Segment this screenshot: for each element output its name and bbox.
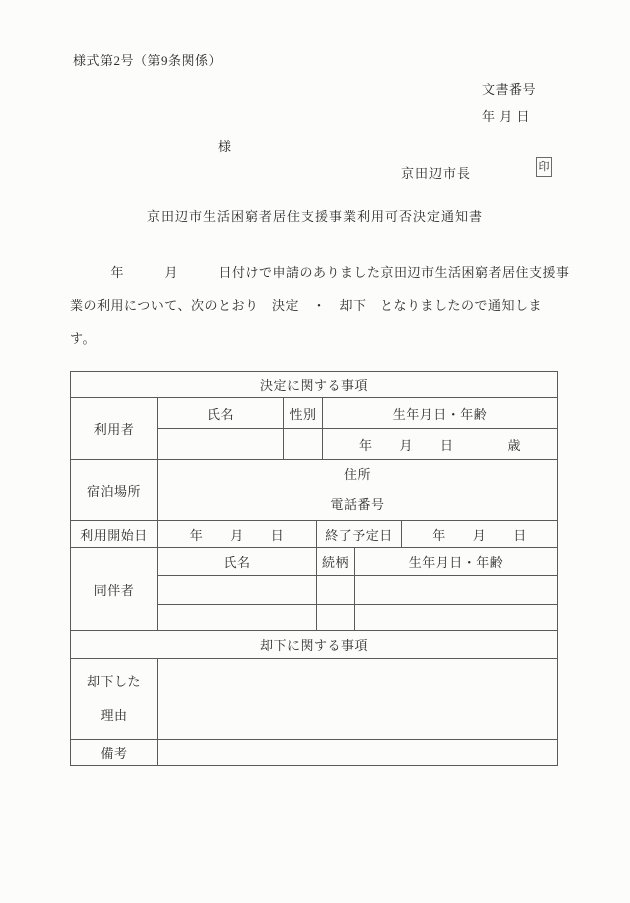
decision-form-table: 決定に関する事項 利用者 氏名 性別 生年月日・年齢 年 月 日 歳 宿泊場所 … xyxy=(70,371,558,766)
document-page: 様式第2号（第9条関係） 文書番号 年 月 日 様 京田辺市長 印 京田辺市生活… xyxy=(0,0,630,903)
rejection-reason-line-1: 却下した xyxy=(71,665,157,699)
address-label: 住所 xyxy=(158,460,557,490)
mayor-title: 京田辺市長 xyxy=(401,163,471,182)
companion-name-blank-cell-2 xyxy=(158,605,317,631)
user-label-cell: 利用者 xyxy=(71,398,158,460)
relation-blank-cell-2 xyxy=(317,605,355,631)
document-number-label: 文書番号 xyxy=(482,79,536,98)
end-date-blank-cell: 年 月 日 xyxy=(402,521,558,548)
birth-age-blank-cell: 年 月 日 歳 xyxy=(323,429,558,460)
form-number: 様式第2号（第9条関係） xyxy=(73,50,222,69)
companion-birth-header-cell: 生年月日・年齢 xyxy=(355,548,558,576)
lodging-detail-cell: 住所電話番号 xyxy=(158,460,558,521)
section-header-rejection: 却下に関する事項 xyxy=(71,631,558,659)
lodging-label-cell: 宿泊場所 xyxy=(71,460,158,521)
companion-name-header-cell: 氏名 xyxy=(158,548,317,576)
remarks-label-cell: 備考 xyxy=(71,740,158,766)
end-date-label-cell: 終了予定日 xyxy=(317,521,402,548)
gender-header-cell: 性別 xyxy=(284,398,323,429)
addressee-honorific: 様 xyxy=(218,136,232,155)
gender-blank-cell xyxy=(284,429,323,460)
name-blank-cell xyxy=(158,429,284,460)
body-line-3: す。 xyxy=(70,322,570,355)
seal-stamp-box: 印 xyxy=(536,157,552,177)
rejection-reason-line-2: 理由 xyxy=(71,699,157,733)
relation-blank-cell xyxy=(317,576,355,605)
start-date-blank-cell: 年 月 日 xyxy=(158,521,317,548)
start-date-label-cell: 利用開始日 xyxy=(71,521,158,548)
companion-birth-blank-cell xyxy=(355,576,558,605)
remarks-blank-cell xyxy=(158,740,558,766)
body-paragraph: 年 月 日付けで申請のありました京田辺市生活困窮者居住支援事 業の利用について、… xyxy=(70,256,570,355)
birth-age-header-cell: 生年月日・年齢 xyxy=(323,398,558,429)
body-line-1: 年 月 日付けで申請のありました京田辺市生活困窮者居住支援事 xyxy=(70,256,570,289)
body-line-2: 業の利用について、次のとおり 決定 ・ 却下 となりましたので通知しま xyxy=(70,289,570,322)
rejection-reason-label-cell: 却下した理由 xyxy=(71,659,158,740)
rejection-reason-blank-cell xyxy=(158,659,558,740)
section-header-decision: 決定に関する事項 xyxy=(71,372,558,398)
name-header-cell: 氏名 xyxy=(158,398,284,429)
companion-name-blank-cell xyxy=(158,576,317,605)
document-title: 京田辺市生活困窮者居住支援事業利用可否決定通知書 xyxy=(0,206,630,225)
date-line: 年 月 日 xyxy=(482,106,530,125)
phone-label: 電話番号 xyxy=(158,490,557,520)
companion-birth-blank-cell-2 xyxy=(355,605,558,631)
companion-label-cell: 同伴者 xyxy=(71,548,158,631)
relation-header-cell: 続柄 xyxy=(317,548,355,576)
